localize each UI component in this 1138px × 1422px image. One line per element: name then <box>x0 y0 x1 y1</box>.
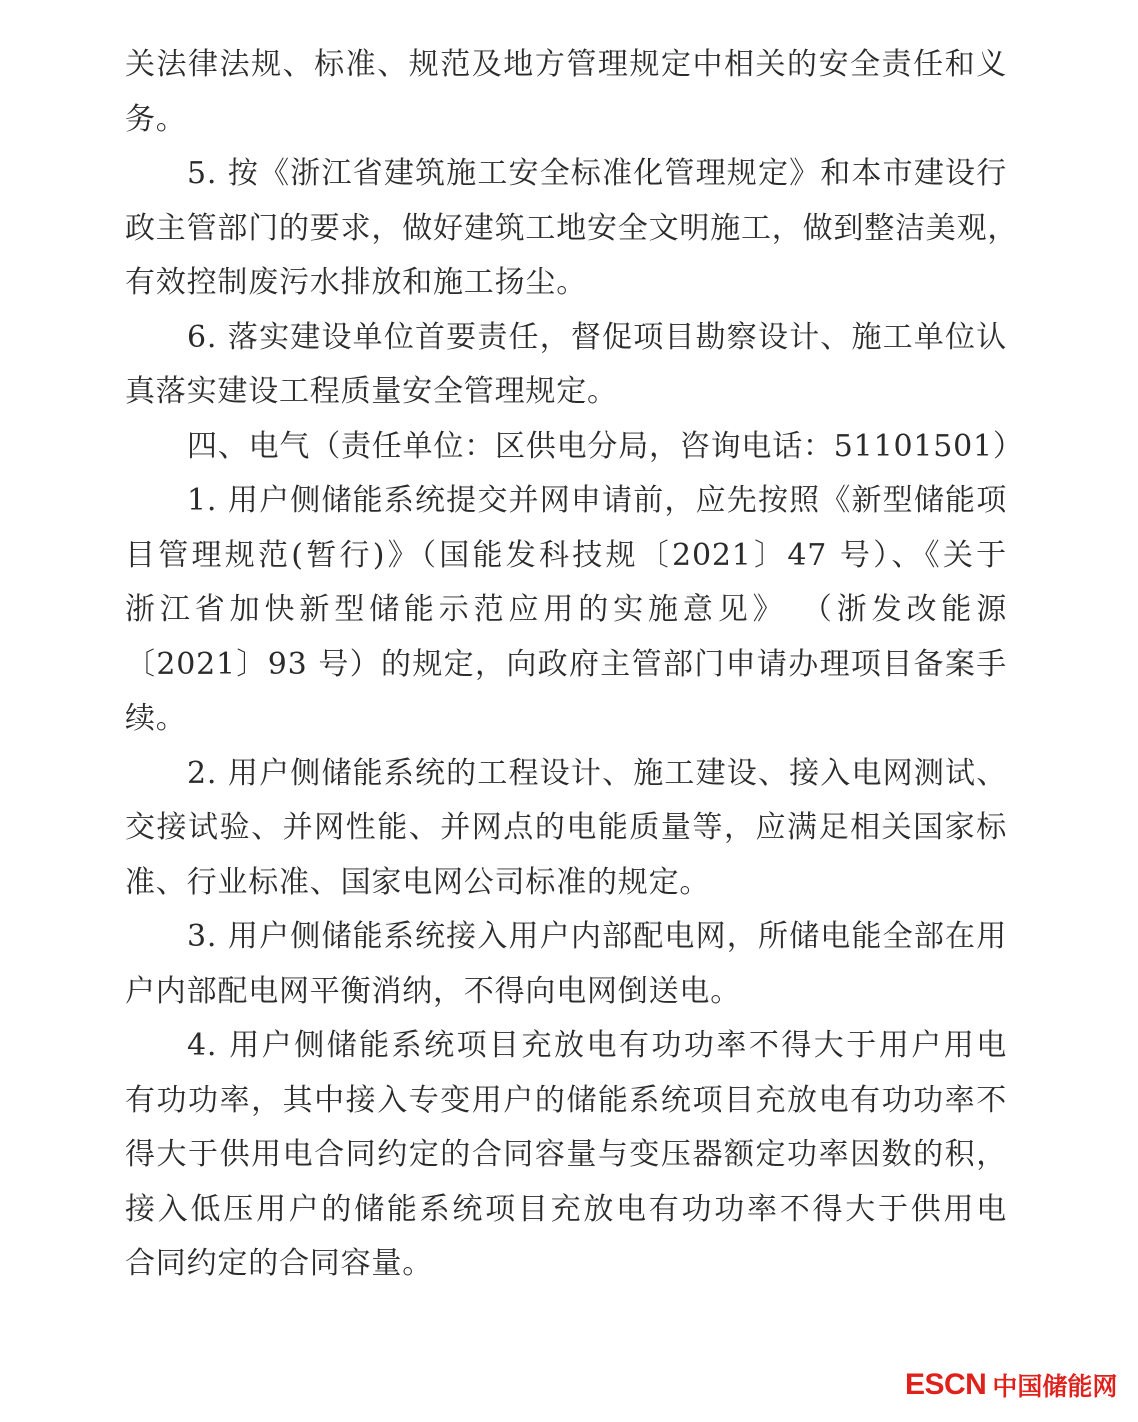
text-line: 续。 <box>125 692 1007 747</box>
section-heading-electrical: 四、电气（责任单位：区供电分局，咨询电话：51101501） <box>125 420 1007 475</box>
text-line: 准、行业标准、国家电网公司标准的规定。 <box>125 856 1007 911</box>
text-line: 真落实建设工程质量安全管理规定。 <box>125 365 1007 420</box>
text-line: 务。 <box>125 93 1007 148</box>
text-line: 4. 用户侧储能系统项目充放电有功功率不得大于用户用电 <box>125 1019 1007 1074</box>
text-line: 合同约定的合同容量。 <box>125 1237 1007 1292</box>
paragraph-continued: 关法律法规、标准、规范及地方管理规定中相关的安全责任和义 务。 <box>125 38 1007 147</box>
text-line: 接入低压用户的储能系统项目充放电有功功率不得大于供用电 <box>125 1183 1007 1238</box>
paragraph-elec-3: 3. 用户侧储能系统接入用户内部配电网，所储电能全部在用 户内部配电网平衡消纳，… <box>125 910 1007 1019</box>
text-line: 6. 落实建设单位首要责任，督促项目勘察设计、施工单位认 <box>125 311 1007 366</box>
logo-brand-cn: 中国储能网 <box>992 1367 1117 1403</box>
text-line: 2. 用户侧储能系统的工程设计、施工建设、接入电网测试、 <box>125 747 1007 802</box>
text-line: 3. 用户侧储能系统接入用户内部配电网，所储电能全部在用 <box>125 910 1007 965</box>
text-line: 得大于供用电合同约定的合同容量与变压器额定功率因数的积， <box>125 1128 1007 1183</box>
text-line: 1. 用户侧储能系统提交并网申请前，应先按照《新型储能项 <box>125 474 1007 529</box>
text-line: 关法律法规、标准、规范及地方管理规定中相关的安全责任和义 <box>125 38 1007 93</box>
paragraph-elec-2: 2. 用户侧储能系统的工程设计、施工建设、接入电网测试、 交接试验、并网性能、并… <box>125 747 1007 911</box>
text-line: 政主管部门的要求，做好建筑工地安全文明施工，做到整洁美观， <box>125 202 1007 257</box>
text-line: 5. 按《浙江省建筑施工安全标准化管理规定》和本市建设行 <box>125 147 1007 202</box>
paragraph-item-6: 6. 落实建设单位首要责任，督促项目勘察设计、施工单位认 真落实建设工程质量安全… <box>125 311 1007 420</box>
paragraph-elec-4: 4. 用户侧储能系统项目充放电有功功率不得大于用户用电 有功功率，其中接入专变用… <box>125 1019 1007 1292</box>
text-line: 户内部配电网平衡消纳，不得向电网倒送电。 <box>125 965 1007 1020</box>
text-line: 有功功率，其中接入专变用户的储能系统项目充放电有功功率不 <box>125 1074 1007 1129</box>
escn-watermark-logo: ESCN 中国储能网 <box>905 1368 1117 1402</box>
paragraph-item-5: 5. 按《浙江省建筑施工安全标准化管理规定》和本市建设行 政主管部门的要求，做好… <box>125 147 1007 311</box>
text-line: 有效控制废污水排放和施工扬尘。 <box>125 256 1007 311</box>
document-page: 关法律法规、标准、规范及地方管理规定中相关的安全责任和义 务。 5. 按《浙江省… <box>125 38 1007 1292</box>
text-line: 浙江省加快新型储能示范应用的实施意见》 （浙发改能源 <box>125 583 1007 638</box>
logo-brand-en: ESCN <box>905 1368 986 1402</box>
paragraph-elec-1: 1. 用户侧储能系统提交并网申请前，应先按照《新型储能项 目管理规范(暂行)》（… <box>125 474 1007 747</box>
text-line: 目管理规范(暂行)》（国能发科技规〔2021〕47 号）、《关于 <box>125 529 1007 584</box>
text-line: 〔2021〕93 号）的规定，向政府主管部门申请办理项目备案手 <box>125 638 1007 693</box>
text-line: 交接试验、并网性能、并网点的电能质量等，应满足相关国家标 <box>125 801 1007 856</box>
text-line: 四、电气（责任单位：区供电分局，咨询电话：51101501） <box>125 420 1007 475</box>
